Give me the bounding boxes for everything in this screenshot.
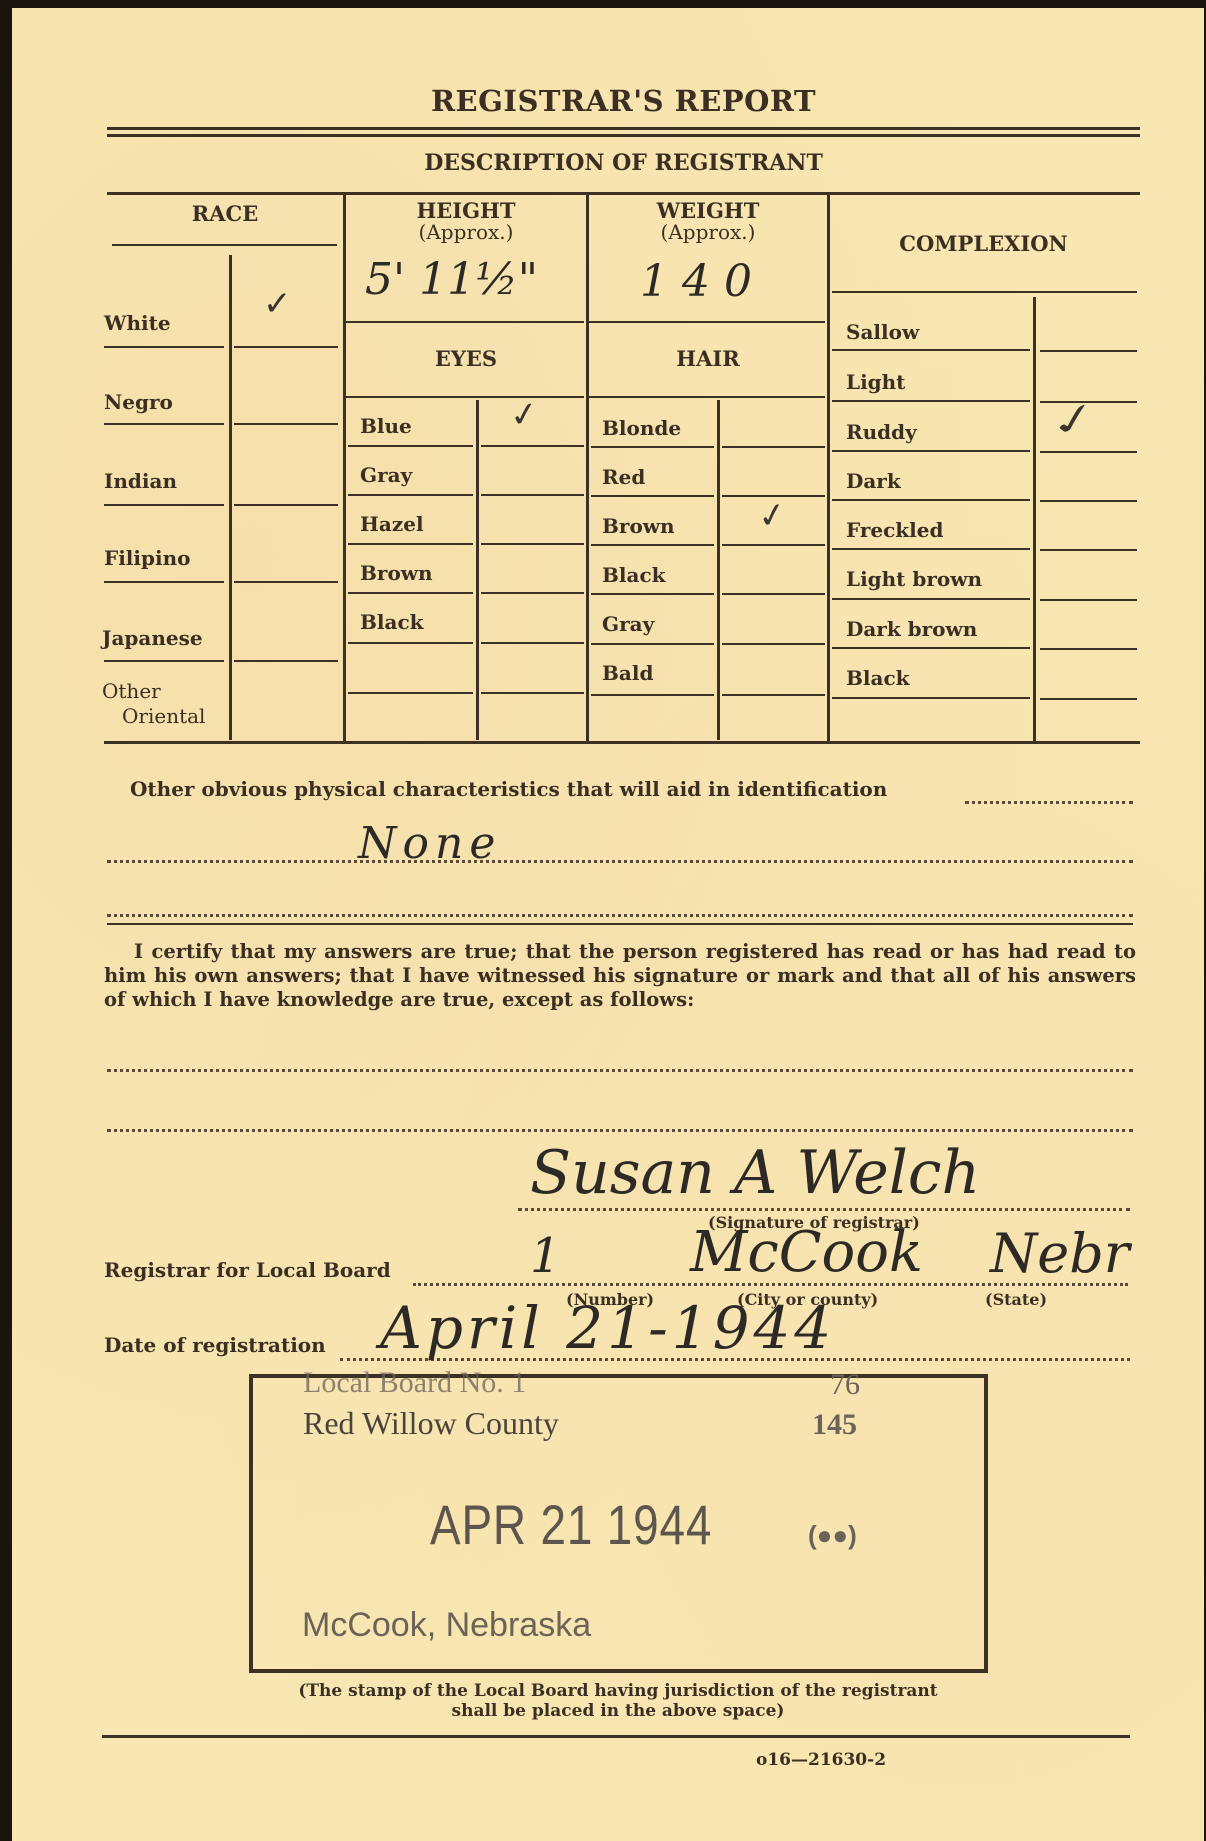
eyes-option-blue: Blue	[360, 414, 412, 438]
complexion-heading: COMPLEXION	[830, 233, 1137, 255]
hair-row-rule	[591, 643, 714, 645]
eyes-check-rule	[481, 543, 584, 545]
characteristics-rule	[107, 923, 1133, 925]
stamp-date: APR 21 1944	[430, 1492, 712, 1557]
complexion-row-rule	[832, 647, 1030, 649]
complexion-option-light: Light	[846, 370, 905, 394]
weight-rule	[589, 321, 825, 323]
hair-heading: HAIR	[589, 348, 827, 370]
stamp-county-line: Red Willow County	[303, 1405, 559, 1442]
characteristics-dash	[965, 801, 1133, 804]
registrar-signature[interactable]: Susan A Welch	[530, 1138, 980, 1208]
characteristics-label: Other obvious physical characteristics t…	[130, 777, 887, 801]
stamp-number-1: 76	[830, 1368, 860, 1402]
hair-heading-rule	[589, 396, 825, 398]
hair-row-rule	[591, 694, 714, 696]
complexion-row-rule	[832, 598, 1030, 600]
title-rule-top	[107, 127, 1140, 130]
eyes-row-rule	[348, 445, 473, 447]
complexion-option-dark: Dark	[846, 469, 901, 493]
hair-check-rule	[722, 593, 825, 595]
height-heading: HEIGHT	[346, 200, 586, 222]
eyes-heading-rule	[346, 396, 584, 398]
stamp-place: McCook, Nebraska	[302, 1606, 591, 1645]
hair-option-black: Black	[602, 563, 666, 587]
local-board-number[interactable]: 1	[530, 1228, 561, 1284]
registration-date-value[interactable]: April 21-1944	[380, 1294, 835, 1362]
complexion-option-freckled: Freckled	[846, 518, 943, 542]
eyes-option-hazel: Hazel	[360, 512, 424, 536]
divider-weight-complexion	[827, 193, 830, 742]
hair-row-rule	[591, 544, 714, 546]
signature-line	[518, 1208, 1130, 1211]
race-option-indian: Indian	[104, 469, 177, 493]
complexion-check-divider	[1033, 297, 1036, 742]
registration-date-label: Date of registration	[104, 1333, 326, 1357]
complexion-row-rule	[832, 400, 1030, 402]
divider-race	[343, 193, 346, 742]
race-check-rule	[234, 504, 338, 506]
eyes-option-gray: Gray	[360, 463, 412, 487]
stamp-board-line: Local Board No. 1	[303, 1366, 526, 1400]
stamp-footnote-line1: (The stamp of the Local Board having jur…	[248, 1681, 988, 1701]
race-row-rule	[104, 660, 224, 662]
complexion-option-ruddy: Ruddy	[846, 420, 917, 444]
local-board-city[interactable]: McCook	[690, 1220, 923, 1285]
characteristics-value[interactable]: None	[358, 818, 501, 869]
complexion-option-light-brown: Light brown	[846, 567, 982, 591]
characteristics-line-1	[107, 860, 1133, 863]
height-approx-note: (Approx.)	[346, 222, 586, 243]
footer-rule	[102, 1735, 1130, 1738]
page-title: REGISTRAR'S REPORT	[107, 84, 1140, 118]
eyes-check-rule	[481, 692, 584, 694]
race-option-white: White	[104, 311, 171, 335]
hair-check-divider	[717, 400, 720, 740]
eyes-option-black: Black	[360, 610, 424, 634]
stamp-footnote-line2: shall be placed in the above space)	[248, 1701, 988, 1721]
race-row-rule	[104, 423, 224, 425]
complexion-row-rule	[832, 499, 1030, 501]
stamp-mark-icon: (●●)	[808, 1520, 857, 1551]
exceptions-line-2	[107, 1129, 1133, 1132]
race-option-negro: Negro	[104, 390, 173, 414]
race-row-rule	[104, 504, 224, 506]
eyes-row-rule	[348, 642, 473, 644]
weight-value[interactable]: 140	[640, 256, 766, 307]
race-check-divider	[229, 255, 232, 740]
complexion-check-rule	[1040, 549, 1137, 551]
race-check-rule	[234, 423, 338, 425]
eyes-option-brown: Brown	[360, 561, 433, 585]
weight-heading: WEIGHT	[589, 200, 827, 222]
complexion-check-rule	[1040, 599, 1137, 601]
characteristics-line-2	[107, 914, 1133, 917]
race-heading: RACE	[110, 203, 340, 225]
race-option-oriental: Oriental	[122, 704, 205, 728]
eyes-row-rule	[348, 494, 473, 496]
race-heading-rule	[112, 244, 337, 246]
complexion-row-rule	[832, 450, 1030, 452]
height-value[interactable]: 5' 11½"	[365, 254, 538, 305]
state-caption: (State)	[985, 1290, 1047, 1309]
hair-check-rule	[722, 544, 825, 546]
complexion-heading-rule	[832, 291, 1137, 293]
hair-option-brown: Brown	[602, 514, 675, 538]
section-title: DESCRIPTION OF REGISTRANT	[107, 150, 1140, 176]
eyes-check-rule	[481, 592, 584, 594]
table-top-rule	[107, 192, 1140, 195]
race-white-check[interactable]: ✓	[263, 284, 292, 324]
race-row-rule	[104, 581, 224, 583]
local-board-state[interactable]: Nebr	[990, 1222, 1130, 1285]
hair-option-blonde: Blonde	[602, 416, 681, 440]
hair-option-gray: Gray	[602, 612, 654, 636]
hair-check-rule	[722, 694, 825, 696]
height-rule	[346, 321, 584, 323]
race-check-rule	[234, 346, 338, 348]
race-check-rule	[234, 581, 338, 583]
complexion-check-rule	[1040, 350, 1137, 352]
hair-row-rule	[591, 593, 714, 595]
race-option-japanese: Japanese	[102, 626, 203, 650]
exceptions-line-1	[107, 1069, 1133, 1072]
complexion-option-sallow: Sallow	[846, 320, 919, 344]
eyes-check-divider	[476, 400, 479, 740]
complexion-option-black: Black	[846, 666, 910, 690]
certification-text: I certify that my answers are true; that…	[104, 940, 1136, 1012]
stamp-number-2: 145	[812, 1408, 857, 1442]
complexion-row-rule	[832, 697, 1030, 699]
divider-height-weight	[586, 193, 589, 742]
eyes-blue-check[interactable]: ✓	[507, 393, 541, 437]
form-code: o16—21630-2	[756, 1750, 886, 1770]
complexion-row-rule	[832, 349, 1030, 351]
race-check-rule	[234, 660, 338, 662]
complexion-check-rule	[1040, 648, 1137, 650]
complexion-option-dark-brown: Dark brown	[846, 617, 977, 641]
complexion-check-rule	[1040, 451, 1137, 453]
eyes-check-rule	[481, 642, 584, 644]
title-rule-bottom	[107, 134, 1140, 137]
hair-check-rule	[722, 446, 825, 448]
eyes-row-rule	[348, 692, 473, 694]
eyes-row-rule	[348, 543, 473, 545]
hair-row-rule	[591, 495, 714, 497]
race-option-filipino: Filipino	[104, 546, 190, 570]
eyes-check-rule	[481, 445, 584, 447]
race-row-rule	[104, 346, 224, 348]
weight-approx-note: (Approx.)	[589, 222, 827, 243]
hair-option-red: Red	[602, 465, 645, 489]
eyes-heading: EYES	[346, 348, 586, 370]
hair-row-rule	[591, 446, 714, 448]
complexion-check-rule	[1040, 500, 1137, 502]
complexion-row-rule	[832, 548, 1030, 550]
hair-check-rule	[722, 643, 825, 645]
eyes-check-rule	[481, 494, 584, 496]
table-bottom-rule	[104, 741, 1140, 744]
hair-option-bald: Bald	[602, 661, 653, 685]
race-option-other: Other	[102, 679, 161, 703]
eyes-row-rule	[348, 592, 473, 594]
local-board-label: Registrar for Local Board	[104, 1258, 391, 1282]
complexion-check-rule	[1040, 698, 1137, 700]
